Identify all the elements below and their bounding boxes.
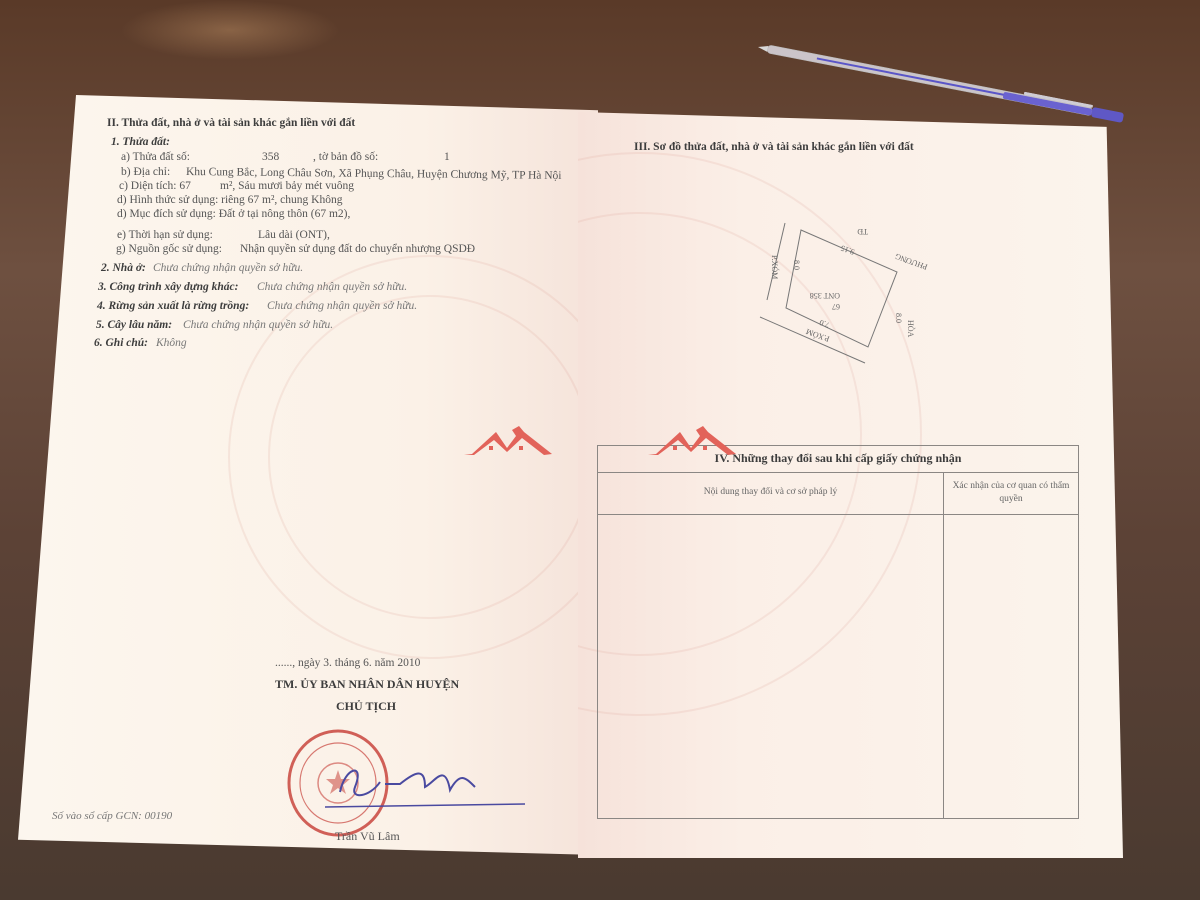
item-house-label: 2. Nhà ở: bbox=[101, 262, 146, 274]
section-2-title: II. Thửa đất, nhà ở và tài sản khác gắn … bbox=[107, 117, 355, 129]
svg-text:HÒA: HÒA bbox=[906, 320, 916, 338]
usage-purpose: d) Mục đích sử dụng: Đất ở tại nông thôn… bbox=[117, 208, 350, 220]
issue-date: ......, ngày 3. tháng 6. năm 2010 bbox=[275, 657, 420, 669]
item-construction-label: 3. Công trình xây dựng khác: bbox=[98, 281, 238, 293]
item-note-label: 6. Ghi chú: bbox=[94, 337, 148, 349]
parcel-number: 358 bbox=[262, 151, 279, 163]
house-logo-icon bbox=[464, 424, 552, 458]
duration-value: Lâu dài (ONT), bbox=[258, 229, 330, 241]
signer-name: Trần Vũ Lâm bbox=[335, 829, 400, 844]
svg-text:PHƯƠNG: PHƯƠNG bbox=[894, 251, 929, 271]
item-trees-label: 5. Cây lâu năm: bbox=[96, 319, 172, 331]
svg-text:9.15: 9.15 bbox=[839, 243, 855, 256]
svg-text:7.0: 7.0 bbox=[818, 318, 830, 330]
item-house-value: Chưa chứng nhận quyền sở hữu. bbox=[153, 262, 303, 274]
item-construction-value: Chưa chứng nhận quyền sở hữu. bbox=[257, 281, 407, 293]
registry-number: Số vào sổ cấp GCN: 00190 bbox=[52, 810, 172, 822]
section-3-title: III. Sơ đồ thửa đất, nhà ở và tài sản kh… bbox=[634, 141, 914, 153]
land-plot-diagram: TĐ 9.15 ONT 358 67 8.0 P.XÓM 7.0 P.XÓM 8… bbox=[750, 205, 950, 365]
pen bbox=[757, 40, 1128, 125]
parcel-label: a) Thửa đất số: bbox=[121, 151, 190, 163]
svg-text:8.0: 8.0 bbox=[894, 313, 903, 323]
signer-position: CHỦ TỊCH bbox=[336, 699, 396, 714]
svg-text:67: 67 bbox=[832, 302, 840, 311]
origin-label: g) Nguồn gốc sử dụng: bbox=[116, 243, 222, 255]
origin-value: Nhận quyền sử dụng đất do chuyển nhượng … bbox=[240, 243, 475, 255]
area-unit: m², Sáu mươi bảy mét vuông bbox=[220, 180, 354, 192]
signature bbox=[325, 752, 530, 812]
col-change-content: Nội dung thay đổi và cơ sở pháp lý bbox=[598, 487, 943, 497]
duration-label: e) Thời hạn sử dụng: bbox=[117, 229, 213, 241]
item-forest-label: 4. Rừng sản xuất là rừng trồng: bbox=[97, 300, 249, 312]
changes-table: IV. Những thay đổi sau khi cấp giấy chứn… bbox=[597, 445, 1079, 819]
table-divider bbox=[943, 472, 944, 818]
usage-form: d) Hình thức sử dụng: riêng 67 m², chung… bbox=[117, 194, 342, 206]
issuing-authority: TM. ỦY BAN NHÂN DÂN HUYỆN bbox=[275, 677, 459, 692]
col-authority-confirmation: Xác nhận của cơ quan có thẩm quyền bbox=[944, 480, 1078, 506]
map-sheet-label: , tờ bản đồ số: bbox=[313, 151, 378, 163]
item-note-value: Không bbox=[156, 337, 187, 349]
svg-text:P.XÓM: P.XÓM bbox=[770, 255, 780, 279]
item-trees-value: Chưa chứng nhận quyền sở hữu. bbox=[183, 319, 333, 331]
svg-text:8.0: 8.0 bbox=[792, 260, 801, 270]
map-sheet-number: 1 bbox=[444, 151, 450, 163]
svg-text:ONT 358: ONT 358 bbox=[810, 291, 840, 300]
area-label: c) Diện tích: 67 bbox=[119, 180, 191, 192]
land-heading: 1. Thửa đất: bbox=[111, 136, 170, 148]
house-logo-icon bbox=[648, 424, 736, 458]
item-forest-value: Chưa chứng nhận quyền sở hữu. bbox=[267, 300, 417, 312]
address-label: b) Địa chỉ: bbox=[121, 166, 170, 178]
svg-text:TĐ: TĐ bbox=[857, 227, 868, 236]
table-glare bbox=[120, 0, 340, 60]
